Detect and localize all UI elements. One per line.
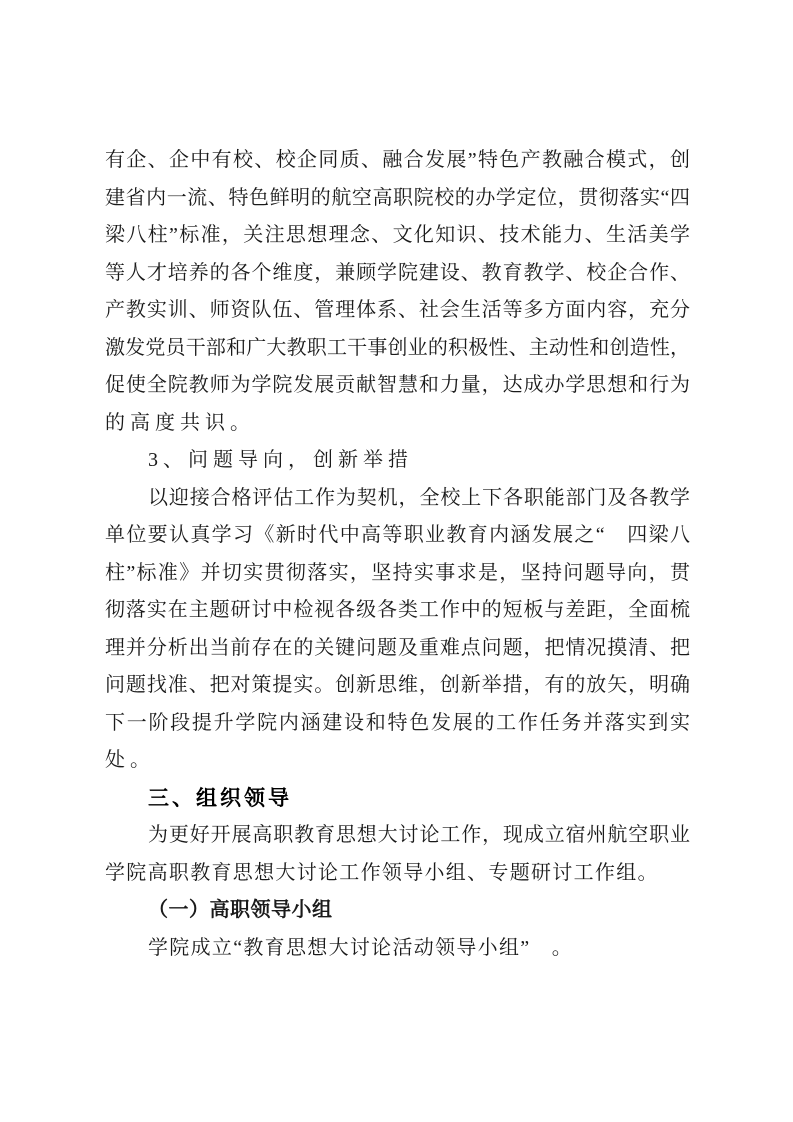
- paragraph-line: 彻落实在主题研讨中检视各级各类工作中的短板与差距，全面梳: [105, 592, 690, 630]
- paragraph-line: 等人才培养的各个维度，兼顾学院建设、教育教学、校企合作、: [105, 255, 690, 293]
- paragraph-line: 建省内一流、特色鲜明的航空高职院校的办学定位，贯彻落实“四: [105, 180, 690, 218]
- paragraph-line: 单位要认真学习《新时代中高等职业教育内涵发展之“ 四梁八: [105, 517, 690, 555]
- document-text-block: 有企、企中有校、校企同质、融合发展”特色产教融合模式，创建省内一流、特色鲜明的航…: [105, 142, 690, 967]
- paragraph-line: 问题找准、把对策提实。创新思维，创新举措，有的放矢，明确: [105, 667, 690, 705]
- paragraph-line: 理并分析出当前存在的关键问题及重难点问题，把情况摸清、把: [105, 630, 690, 668]
- paragraph-last-line: 处。: [105, 742, 690, 780]
- paragraph-line: 产教实训、师资队伍、管理体系、社会生活等多方面内容，充分: [105, 292, 690, 330]
- paragraph-line: 下一阶段提升学院内涵建设和特色发展的工作任务并落实到实: [105, 705, 690, 743]
- subheading-item-3: 3、问题导向，创新举措: [105, 442, 690, 480]
- paragraph-line: 柱”标准》并切实贯彻落实，坚持实事求是，坚持问题导向，贯: [105, 555, 690, 593]
- paragraph-last-line: 的高度共识。: [105, 405, 690, 443]
- paragraph-line: 激发党员干部和广大教职工干事创业的积极性、主动性和创造性，: [105, 330, 690, 368]
- paragraph-last-line: 学院高职教育思想大讨论工作领导小组、专题研讨工作组。: [105, 855, 690, 893]
- paragraph-last-line: 学院成立“教育思想大讨论活动领导小组” 。: [105, 930, 690, 968]
- document-page: 有企、企中有校、校企同质、融合发展”特色产教融合模式，创建省内一流、特色鲜明的航…: [0, 0, 793, 1122]
- paragraph-line: 有企、企中有校、校企同质、融合发展”特色产教融合模式，创: [105, 142, 690, 180]
- paragraph-line: 促使全院教师为学院发展贡献智慧和力量，达成办学思想和行为: [105, 367, 690, 405]
- heading-section-3-organization-leadership: 三、组织领导: [105, 780, 690, 818]
- paragraph-line: 为更好开展高职教育思想大讨论工作，现成立宿州航空职业: [105, 817, 690, 855]
- paragraph-line: 梁八柱”标准，关注思想理念、文化知识、技术能力、生活美学: [105, 217, 690, 255]
- paragraph-line: 以迎接合格评估工作为契机，全校上下各职能部门及各教学: [105, 480, 690, 518]
- heading-subsection-1-leading-group: （一）高职领导小组: [105, 892, 690, 930]
